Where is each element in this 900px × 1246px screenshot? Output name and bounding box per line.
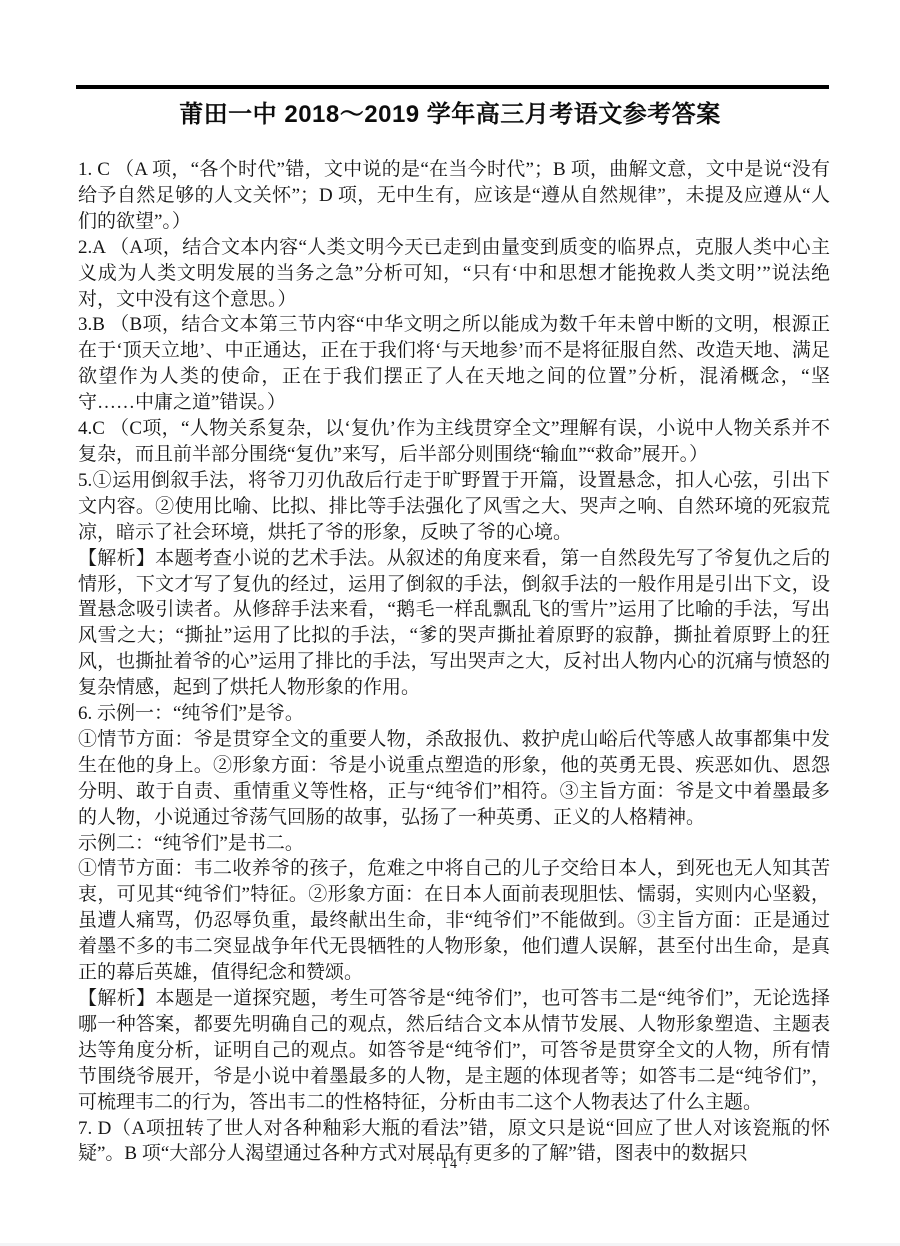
document-page: 莆田一中 2018～2019 学年高三月考语文参考答案 1. C （A 项，“各…: [0, 0, 900, 1246]
answer-content: 1. C （A 项，“各个时代”错，文中说的是“在当今时代”；B 项，曲解文意，…: [78, 157, 830, 1167]
answer-item-3: 3.B （B项，结合文本第三节内容“中华文明之所以能成为数千年未曾中断的文明，根…: [78, 312, 830, 416]
header-rule: [76, 85, 829, 89]
page-title: 莆田一中 2018～2019 学年高三月考语文参考答案: [0, 98, 900, 132]
analysis-item-5: 【解析】本题考查小说的艺术手法。从叙述的角度来看，第一自然段先写了爷复仇之后的情…: [78, 546, 830, 701]
answer-item-4: 4.C （C项，“人物关系复杂，以‘复仇’作为主线贯穿全文”理解有误，小说中人物…: [78, 416, 830, 468]
answer-item-2: 2.A （A项，结合文本内容“人类文明今天已走到由量变到质变的临界点，克服人类中…: [78, 235, 830, 313]
page-number: · 14 ·: [0, 1157, 900, 1173]
answer-item-6-example-1-body: ①情节方面：爷是贯穿全文的重要人物，杀敌报仇、救护虎山峪后代等感人故事都集中发生…: [78, 727, 830, 831]
answer-item-6-example-1-heading: 6. 示例一：“纯爷们”是爷。: [78, 701, 830, 727]
answer-item-6-example-2-heading: 示例二：“纯爷们”是书二。: [78, 831, 830, 857]
answer-item-1: 1. C （A 项，“各个时代”错，文中说的是“在当今时代”；B 项，曲解文意，…: [78, 157, 830, 235]
analysis-item-6: 【解析】本题是一道探究题，考生可答爷是“纯爷们”，也可答韦二是“纯爷们”，无论选…: [78, 986, 830, 1116]
answer-item-6-example-2-body: ①情节方面：韦二收养爷的孩子，危难之中将自己的儿子交给日本人，到死也无人知其苦衷…: [78, 856, 830, 986]
answer-item-5: 5.①运用倒叙手法，将爷刀刃仇敌后行走于旷野置于开篇，设置悬念，扣人心弦，引出下…: [78, 468, 830, 546]
